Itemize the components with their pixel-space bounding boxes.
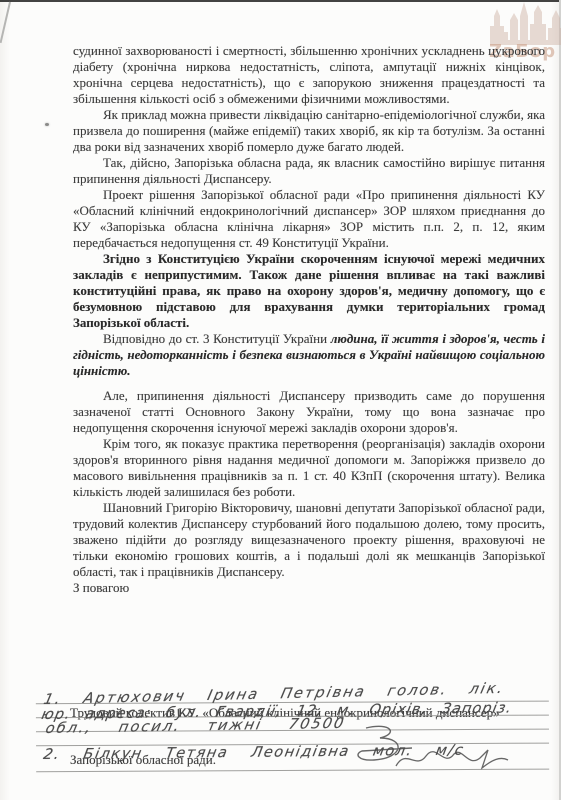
- closing-salutation: З повагою: [73, 580, 545, 596]
- letter-body: судинної захворюваності і смертності, зб…: [73, 43, 545, 596]
- signature-section: Трудовий колектив КУ «Обласний клінічний…: [0, 668, 561, 800]
- paragraph-5-bold: Згідно з Конституцією України скорочення…: [73, 251, 545, 331]
- paragraph-4: Проект рішення Запорізької обласної ради…: [73, 187, 545, 251]
- scan-top-edge: [0, 0, 561, 2]
- paragraph-6-constitution: Відповідно до ст. 3 Конституції України …: [73, 331, 545, 379]
- paragraph-1: судинної захворюваності і смертності, зб…: [73, 43, 545, 107]
- paragraph-7: Але, припинення діяльності Диспансеру пр…: [73, 388, 545, 436]
- scanned-letter-page: ZаБор судинної захворюваності і смертнос…: [0, 0, 561, 800]
- scan-corner-crease: [0, 2, 11, 43]
- signature-scribble-icon: [392, 746, 512, 774]
- castle-silhouette-icon: [490, 2, 561, 45]
- paragraph-6-lead: Відповідно до ст. 3 Конституції України: [103, 331, 331, 346]
- scan-speck: [45, 123, 49, 126]
- paragraph-8: Крім того, як показує практика перетворе…: [73, 436, 545, 500]
- paragraph-2: Як приклад можна привести ліквідацію сан…: [73, 107, 545, 155]
- paragraph-3: Так, дійсно, Запорізька обласна рада, як…: [73, 155, 545, 187]
- paragraph-9: Шановний Григорію Вікторовичу, шановні д…: [73, 500, 545, 580]
